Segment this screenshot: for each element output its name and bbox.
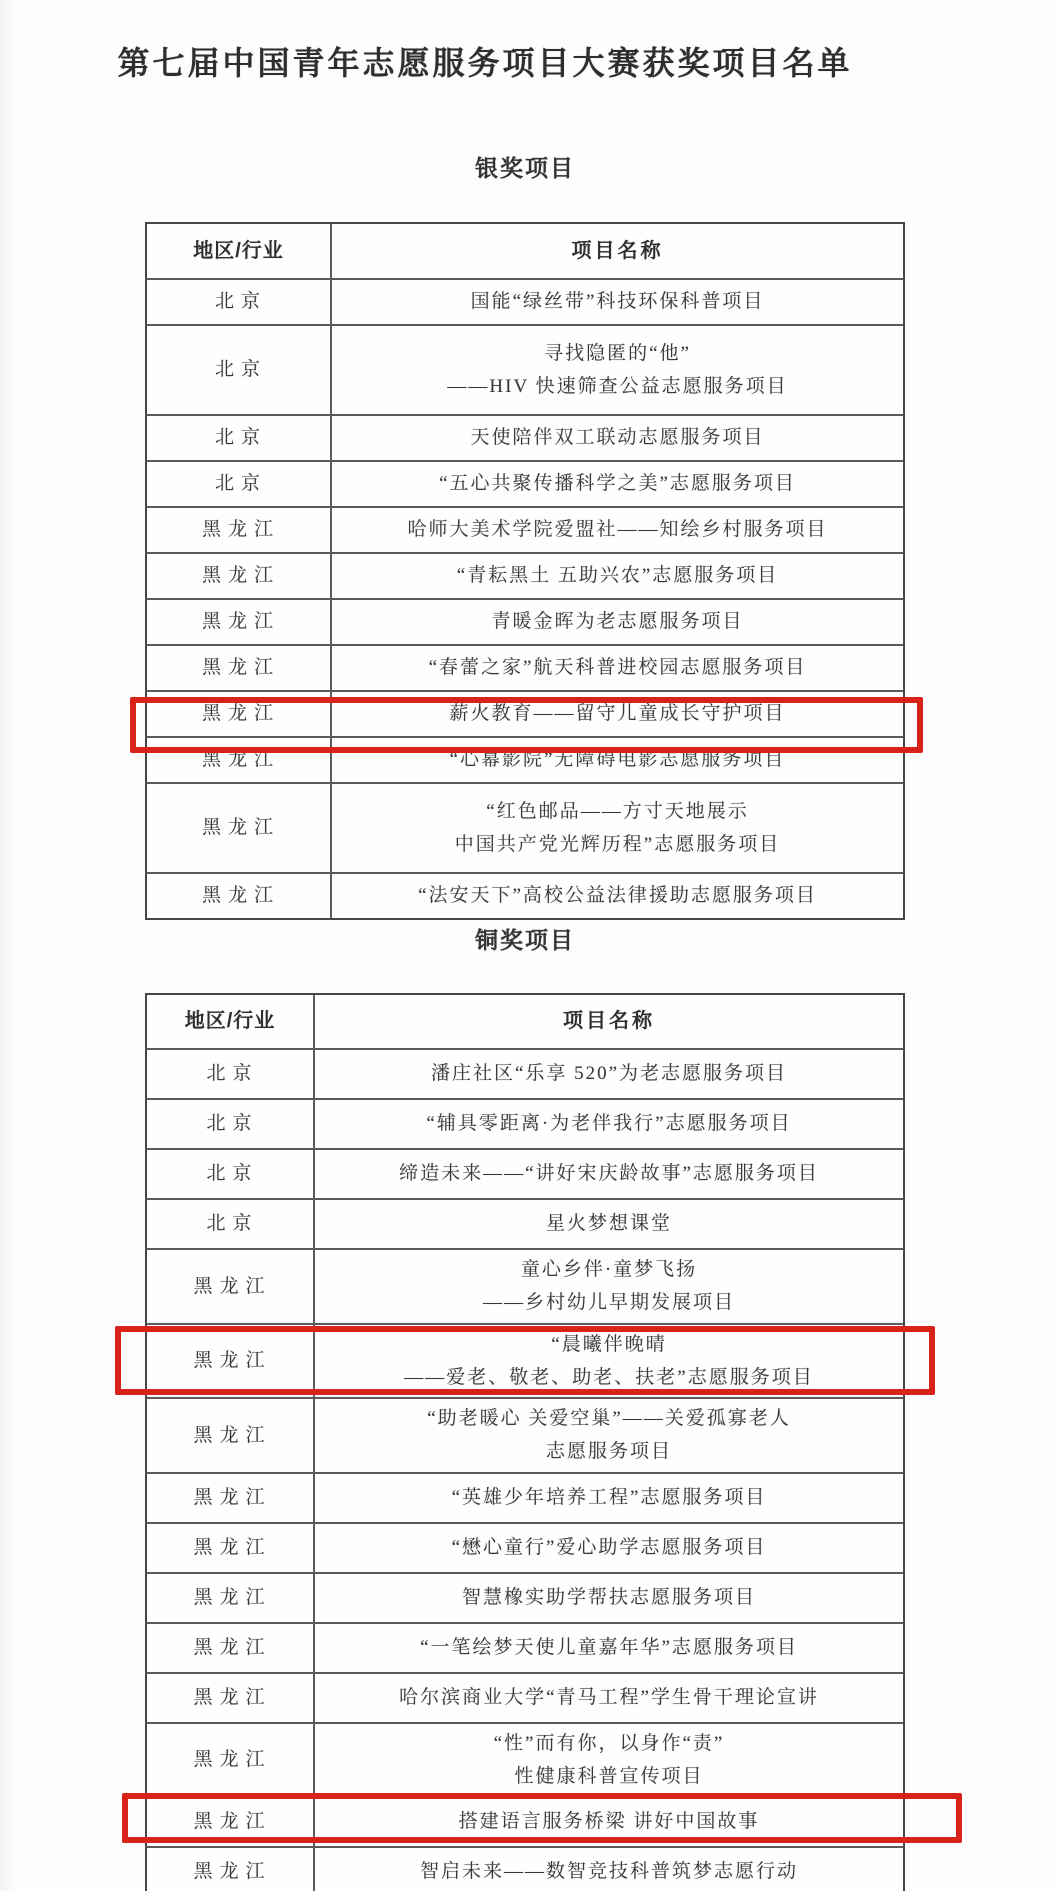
table-row: 黑龙江“性”而有你，以身作“责”性健康科普宣传项目 xyxy=(147,1722,903,1797)
cell-text-line: 哈尔滨商业大学“青马工程”学生骨干理论宣讲 xyxy=(399,1681,819,1714)
table-header-row: 地区/行业项目名称 xyxy=(147,995,903,1048)
cell-text-line: “五心共聚传播科学之美”志愿服务项目 xyxy=(439,467,796,500)
project-cell: 哈师大美术学院爱盟社——知绘乡村服务项目 xyxy=(332,508,903,552)
cell-text-line: 搭建语言服务桥梁 讲好中国故事 xyxy=(459,1805,760,1838)
region-cell: 北京 xyxy=(147,326,332,414)
cell-text-line: 黑龙江 xyxy=(193,1270,271,1303)
cell-text-line: 地区/行业 xyxy=(193,234,284,269)
table-row: 黑龙江哈师大美术学院爱盟社——知绘乡村服务项目 xyxy=(147,506,903,552)
cell-text-line: ——爱老、敬老、助老、扶老”志愿服务项目 xyxy=(404,1361,813,1394)
project-cell: 薪火教育——留守儿童成长守护项目 xyxy=(332,692,903,736)
table-header-row: 地区/行业项目名称 xyxy=(147,224,903,278)
table-row: 黑龙江智启未来——数智竞技科普筑梦志愿行动 xyxy=(147,1846,903,1891)
cell-text-line: 黑龙江 xyxy=(193,1531,271,1564)
cell-text-line: “晨曦伴晚晴 xyxy=(551,1328,666,1361)
project-cell: “心幕影院”无障碍电影志愿服务项目 xyxy=(332,738,903,782)
cell-text-line: 缔造未来——“讲好宋庆龄故事”志愿服务项目 xyxy=(399,1157,819,1190)
table-row: 北京星火梦想课堂 xyxy=(147,1198,903,1248)
table-row: 北京缔造未来——“讲好宋庆龄故事”志愿服务项目 xyxy=(147,1148,903,1198)
cell-text-line: 北京 xyxy=(215,285,267,318)
project-cell: “春蕾之家”航天科普进校园志愿服务项目 xyxy=(332,646,903,690)
table-row: 黑龙江童心乡伴·童梦飞扬——乡村幼儿早期发展项目 xyxy=(147,1248,903,1323)
region-cell: 北京 xyxy=(147,1050,315,1098)
table-row: 北京潘庄社区“乐享 520”为老志愿服务项目 xyxy=(147,1048,903,1098)
region-cell: 黑龙江 xyxy=(147,646,332,690)
document-title: 第七届中国青年志愿服务项目大赛获奖项目名单 xyxy=(100,38,870,84)
region-cell: 黑龙江 xyxy=(147,1325,315,1398)
cell-text-line: 哈师大美术学院爱盟社——知绘乡村服务项目 xyxy=(407,513,827,546)
cell-text-line: 黑龙江 xyxy=(193,1743,271,1776)
region-cell: 黑龙江 xyxy=(147,738,332,782)
cell-text-line: “红色邮品——方寸天地展示 xyxy=(486,795,748,828)
project-cell: “晨曦伴晚晴——爱老、敬老、助老、扶老”志愿服务项目 xyxy=(315,1325,903,1398)
cell-text-line: 黑龙江 xyxy=(193,1855,271,1888)
document-page: 第七届中国青年志愿服务项目大赛获奖项目名单 银奖项目 地区/行业项目名称北京国能… xyxy=(0,0,1056,1891)
cell-text-line: “春蕾之家”航天科普进校园志愿服务项目 xyxy=(429,651,807,684)
project-cell: “性”而有你，以身作“责”性健康科普宣传项目 xyxy=(315,1724,903,1797)
table-row: 黑龙江“青耘黑土 五助兴农”志愿服务项目 xyxy=(147,552,903,598)
cell-text-line: 黑龙江 xyxy=(193,1581,271,1614)
cell-text-line: ——HIV 快速筛查公益志愿服务项目 xyxy=(447,370,787,403)
column-header-project: 项目名称 xyxy=(332,224,903,278)
silver-award-table: 地区/行业项目名称北京国能“绿丝带”科技环保科普项目北京寻找隐匿的“他”——HI… xyxy=(145,222,905,920)
region-cell: 北京 xyxy=(147,1100,315,1148)
cell-text-line: “青耘黑土 五助兴农”志愿服务项目 xyxy=(457,559,779,592)
cell-text-line: 薪火教育——留守儿童成长守护项目 xyxy=(449,697,785,730)
table-row: 北京寻找隐匿的“他”——HIV 快速筛查公益志愿服务项目 xyxy=(147,324,903,414)
cell-text-line: 黑龙江 xyxy=(193,1481,271,1514)
cell-text-line: 青暖金晖为老志愿服务项目 xyxy=(491,605,743,638)
region-cell: 黑龙江 xyxy=(147,600,332,644)
region-cell: 黑龙江 xyxy=(147,784,332,872)
cell-text-line: 志愿服务项目 xyxy=(546,1435,672,1468)
cell-text-line: 北京 xyxy=(215,353,267,386)
region-cell: 北京 xyxy=(147,1150,315,1198)
cell-text-line: 潘庄社区“乐享 520”为老志愿服务项目 xyxy=(431,1057,787,1090)
region-cell: 黑龙江 xyxy=(147,554,332,598)
project-cell: “红色邮品——方寸天地展示中国共产党光辉历程”志愿服务项目 xyxy=(332,784,903,872)
cell-text-line: 天使陪伴双工联动志愿服务项目 xyxy=(470,421,764,454)
column-header-region: 地区/行业 xyxy=(147,995,315,1048)
project-cell: 天使陪伴双工联动志愿服务项目 xyxy=(332,416,903,460)
table-row-highlighted: 黑龙江搭建语言服务桥梁 讲好中国故事 xyxy=(147,1796,903,1846)
cell-text-line: 黑龙江 xyxy=(193,1805,271,1838)
table-row: 黑龙江“助老暖心 关爱空巢”——关爱孤寡老人志愿服务项目 xyxy=(147,1397,903,1472)
table-row-highlighted: 黑龙江薪火教育——留守儿童成长守护项目 xyxy=(147,690,903,736)
cell-text-line: 智启未来——数智竞技科普筑梦志愿行动 xyxy=(420,1855,798,1888)
table-row: 黑龙江“一笔绘梦天使儿童嘉年华”志愿服务项目 xyxy=(147,1622,903,1672)
cell-text-line: “性”而有你，以身作“责” xyxy=(494,1727,725,1760)
cell-text-line: 北京 xyxy=(206,1057,258,1090)
project-cell: 童心乡伴·童梦飞扬——乡村幼儿早期发展项目 xyxy=(315,1250,903,1323)
section-silver-awards: 银奖项目 地区/行业项目名称北京国能“绿丝带”科技环保科普项目北京寻找隐匿的“他… xyxy=(145,150,905,920)
region-cell: 黑龙江 xyxy=(147,1524,315,1572)
project-cell: 智启未来——数智竞技科普筑梦志愿行动 xyxy=(315,1848,903,1891)
cell-text-line: ——乡村幼儿早期发展项目 xyxy=(483,1286,735,1319)
table-row: 黑龙江“心幕影院”无障碍电影志愿服务项目 xyxy=(147,736,903,782)
region-cell: 黑龙江 xyxy=(147,1674,315,1722)
cell-text-line: 智慧橡实助学帮扶志愿服务项目 xyxy=(462,1581,756,1614)
region-cell: 黑龙江 xyxy=(147,1724,315,1797)
table-row: 黑龙江“春蕾之家”航天科普进校园志愿服务项目 xyxy=(147,644,903,690)
cell-text-line: “心幕影院”无障碍电影志愿服务项目 xyxy=(450,743,786,776)
region-cell: 黑龙江 xyxy=(147,1798,315,1846)
cell-text-line: 星火梦想课堂 xyxy=(546,1207,672,1240)
cell-text-line: “一笔绘梦天使儿童嘉年华”志愿服务项目 xyxy=(420,1631,798,1664)
region-cell: 黑龙江 xyxy=(147,1474,315,1522)
cell-text-line: 黑龙江 xyxy=(193,1681,271,1714)
project-cell: “青耘黑土 五助兴农”志愿服务项目 xyxy=(332,554,903,598)
project-cell: 缔造未来——“讲好宋庆龄故事”志愿服务项目 xyxy=(315,1150,903,1198)
cell-text-line: “懋心童行”爱心助学志愿服务项目 xyxy=(452,1531,767,1564)
project-cell: 哈尔滨商业大学“青马工程”学生骨干理论宣讲 xyxy=(315,1674,903,1722)
cell-text-line: 黑龙江 xyxy=(202,879,280,912)
project-cell: “五心共聚传播科学之美”志愿服务项目 xyxy=(332,462,903,506)
cell-text-line: 寻找隐匿的“他” xyxy=(544,337,691,370)
region-cell: 黑龙江 xyxy=(147,1848,315,1891)
cell-text-line: “英雄少年培养工程”志愿服务项目 xyxy=(452,1481,767,1514)
region-cell: 北京 xyxy=(147,1200,315,1248)
project-cell: 搭建语言服务桥梁 讲好中国故事 xyxy=(315,1798,903,1846)
cell-text-line: 项目名称 xyxy=(563,1004,655,1039)
region-cell: 北京 xyxy=(147,462,332,506)
region-cell: 黑龙江 xyxy=(147,508,332,552)
project-cell: “助老暖心 关爱空巢”——关爱孤寡老人志愿服务项目 xyxy=(315,1399,903,1472)
cell-text-line: 黑龙江 xyxy=(202,651,280,684)
section-heading-silver: 银奖项目 xyxy=(145,150,905,183)
cell-text-line: 性健康科普宣传项目 xyxy=(514,1760,703,1793)
region-cell: 北京 xyxy=(147,416,332,460)
cell-text-line: 项目名称 xyxy=(572,234,664,269)
region-cell: 黑龙江 xyxy=(147,1574,315,1622)
cell-text-line: 黑龙江 xyxy=(202,743,280,776)
table-row: 黑龙江“懋心童行”爱心助学志愿服务项目 xyxy=(147,1522,903,1572)
cell-text-line: 北京 xyxy=(206,1207,258,1240)
column-header-region: 地区/行业 xyxy=(147,224,332,278)
cell-text-line: 北京 xyxy=(215,421,267,454)
project-cell: 青暖金晖为老志愿服务项目 xyxy=(332,600,903,644)
cell-text-line: 北京 xyxy=(206,1107,258,1140)
project-cell: “法安天下”高校公益法律援助志愿服务项目 xyxy=(332,874,903,918)
region-cell: 黑龙江 xyxy=(147,874,332,918)
table-row: 北京国能“绿丝带”科技环保科普项目 xyxy=(147,278,903,324)
cell-text-line: 黑龙江 xyxy=(202,697,280,730)
project-cell: “一笔绘梦天使儿童嘉年华”志愿服务项目 xyxy=(315,1624,903,1672)
table-row-highlighted: 黑龙江“晨曦伴晚晴——爱老、敬老、助老、扶老”志愿服务项目 xyxy=(147,1323,903,1398)
cell-text-line: 黑龙江 xyxy=(202,513,280,546)
cell-text-line: 中国共产党光辉历程”志愿服务项目 xyxy=(455,828,780,861)
cell-text-line: 黑龙江 xyxy=(202,811,280,844)
cell-text-line: “法安天下”高校公益法律援助志愿服务项目 xyxy=(418,879,817,912)
region-cell: 黑龙江 xyxy=(147,1399,315,1472)
table-row: 黑龙江“英雄少年培养工程”志愿服务项目 xyxy=(147,1472,903,1522)
table-row: 黑龙江“红色邮品——方寸天地展示中国共产党光辉历程”志愿服务项目 xyxy=(147,782,903,872)
cell-text-line: 北京 xyxy=(206,1157,258,1190)
region-cell: 黑龙江 xyxy=(147,1624,315,1672)
project-cell: “辅具零距离·为老伴我行”志愿服务项目 xyxy=(315,1100,903,1148)
region-cell: 北京 xyxy=(147,280,332,324)
column-header-project: 项目名称 xyxy=(315,995,903,1048)
project-cell: 潘庄社区“乐享 520”为老志愿服务项目 xyxy=(315,1050,903,1098)
cell-text-line: 地区/行业 xyxy=(185,1004,276,1039)
section-heading-bronze: 铜奖项目 xyxy=(145,922,905,955)
cell-text-line: 黑龙江 xyxy=(193,1631,271,1664)
project-cell: 国能“绿丝带”科技环保科普项目 xyxy=(332,280,903,324)
table-row: 黑龙江智慧橡实助学帮扶志愿服务项目 xyxy=(147,1572,903,1622)
region-cell: 黑龙江 xyxy=(147,692,332,736)
project-cell: 智慧橡实助学帮扶志愿服务项目 xyxy=(315,1574,903,1622)
cell-text-line: 黑龙江 xyxy=(202,605,280,638)
cell-text-line: 黑龙江 xyxy=(193,1344,271,1377)
table-row: 黑龙江“法安天下”高校公益法律援助志愿服务项目 xyxy=(147,872,903,918)
bronze-award-table: 地区/行业项目名称北京潘庄社区“乐享 520”为老志愿服务项目北京“辅具零距离·… xyxy=(145,993,905,1891)
cell-text-line: 国能“绿丝带”科技环保科普项目 xyxy=(471,285,765,318)
cell-text-line: 黑龙江 xyxy=(202,559,280,592)
table-row: 黑龙江青暖金晖为老志愿服务项目 xyxy=(147,598,903,644)
cell-text-line: 北京 xyxy=(215,467,267,500)
project-cell: 星火梦想课堂 xyxy=(315,1200,903,1248)
cell-text-line: “助老暖心 关爱空巢”——关爱孤寡老人 xyxy=(427,1402,791,1435)
table-row: 黑龙江哈尔滨商业大学“青马工程”学生骨干理论宣讲 xyxy=(147,1672,903,1722)
table-row: 北京“辅具零距离·为老伴我行”志愿服务项目 xyxy=(147,1098,903,1148)
project-cell: “懋心童行”爱心助学志愿服务项目 xyxy=(315,1524,903,1572)
table-row: 北京“五心共聚传播科学之美”志愿服务项目 xyxy=(147,460,903,506)
project-cell: 寻找隐匿的“他”——HIV 快速筛查公益志愿服务项目 xyxy=(332,326,903,414)
cell-text-line: 童心乡伴·童梦飞扬 xyxy=(521,1253,697,1286)
cell-text-line: “辅具零距离·为老伴我行”志愿服务项目 xyxy=(426,1107,791,1140)
table-row: 北京天使陪伴双工联动志愿服务项目 xyxy=(147,414,903,460)
cell-text-line: 黑龙江 xyxy=(193,1419,271,1452)
project-cell: “英雄少年培养工程”志愿服务项目 xyxy=(315,1474,903,1522)
region-cell: 黑龙江 xyxy=(147,1250,315,1323)
section-bronze-awards: 铜奖项目 地区/行业项目名称北京潘庄社区“乐享 520”为老志愿服务项目北京“辅… xyxy=(145,922,905,1891)
